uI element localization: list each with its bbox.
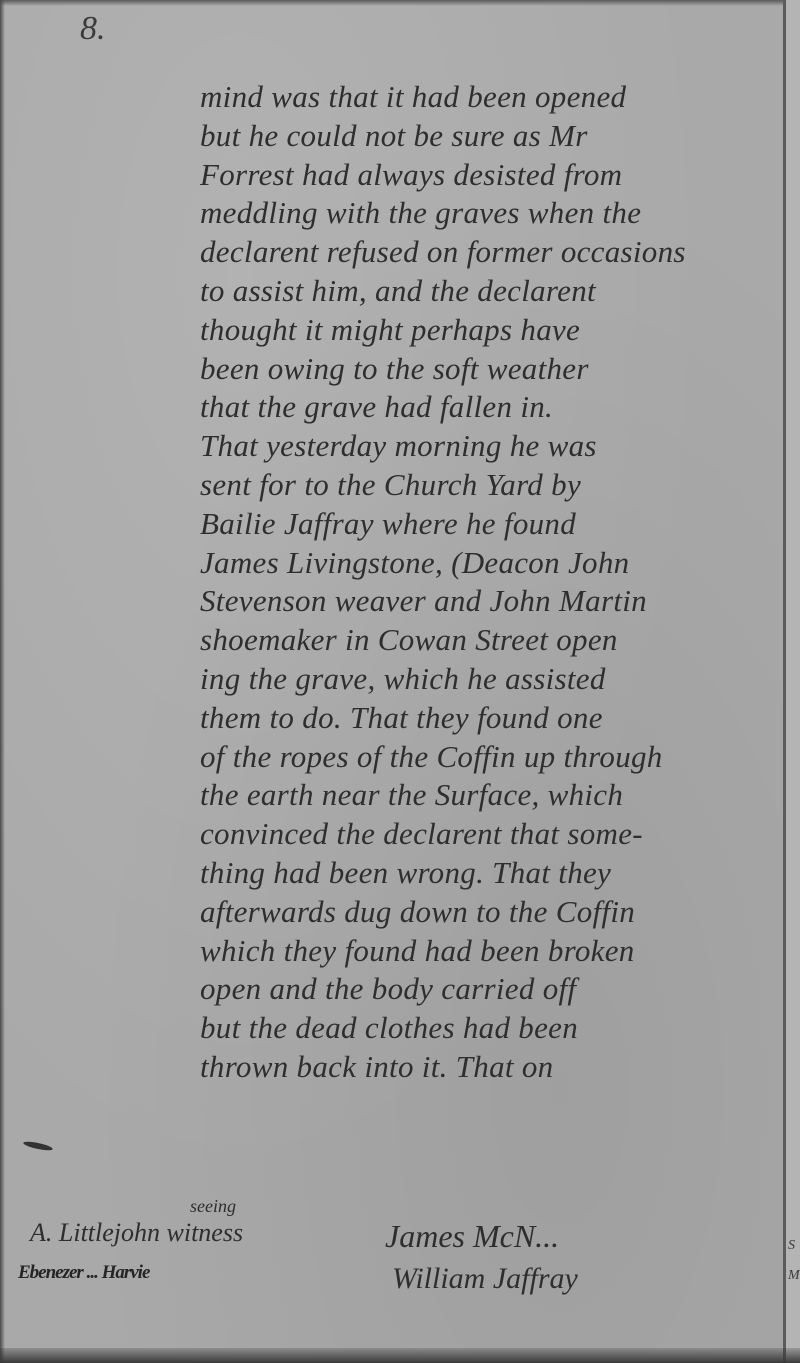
text-line: convinced the declarent that some-: [200, 815, 780, 854]
interlined-word: seeing: [190, 1196, 236, 1217]
margin-ink-mark: [23, 1140, 54, 1152]
text-line: afterwards dug down to the Coffin: [200, 893, 780, 932]
manuscript-page: S M 8. mind was that it had been opened …: [0, 0, 800, 1363]
adjacent-page-glyph: S: [788, 1238, 795, 1254]
text-line: but the dead clothes had been: [200, 1009, 780, 1048]
text-line: Forrest had always desisted from: [200, 156, 780, 195]
text-line: that the grave had fallen in.: [200, 388, 780, 427]
text-line: the earth near the Surface, which: [200, 776, 780, 815]
text-line: meddling with the graves when the: [200, 194, 780, 233]
text-line: them to do. That they found one: [200, 699, 780, 738]
text-line: to assist him, and the declarent: [200, 272, 780, 311]
text-line: been owing to the soft weather: [200, 350, 780, 389]
text-line: which they found had been broken: [200, 932, 780, 971]
declaration-text: mind was that it had been opened but he …: [200, 78, 780, 1087]
text-line: thing had been wrong. That they: [200, 854, 780, 893]
page-left-edge: [0, 0, 5, 1363]
text-line: shoemaker in Cowan Street open: [200, 621, 780, 660]
text-line: mind was that it had been opened: [200, 78, 780, 117]
page-top-shadow: [0, 0, 800, 6]
text-line: sent for to the Church Yard by: [200, 466, 780, 505]
page-bottom-edge: [0, 1348, 800, 1363]
text-line: open and the body carried off: [200, 970, 780, 1009]
adjacent-page-glyph: M: [788, 1268, 800, 1284]
text-line: thrown back into it. That on: [200, 1048, 780, 1087]
text-line: of the ropes of the Coffin up through: [200, 738, 780, 777]
text-line: declarent refused on former occasions: [200, 233, 780, 272]
text-line: thought it might perhaps have: [200, 311, 780, 350]
text-line: James Livingstone, (Deacon John: [200, 544, 780, 583]
witness-signature: A. Littlejohn witness: [30, 1218, 243, 1248]
second-witness-signature: Ebenezer ... Harvie: [18, 1262, 149, 1284]
page-number: 8.: [80, 10, 106, 48]
text-line: but he could not be sure as Mr: [200, 117, 780, 156]
text-line: Stevenson weaver and John Martin: [200, 582, 780, 621]
text-line: Bailie Jaffray where he found: [200, 505, 780, 544]
adjacent-page-strip: [786, 0, 800, 1363]
declarant-signature: James McN...: [385, 1218, 559, 1255]
magistrate-signature: William Jaffray: [392, 1262, 578, 1296]
text-line: ing the grave, which he assisted: [200, 660, 780, 699]
text-line: That yesterday morning he was: [200, 427, 780, 466]
